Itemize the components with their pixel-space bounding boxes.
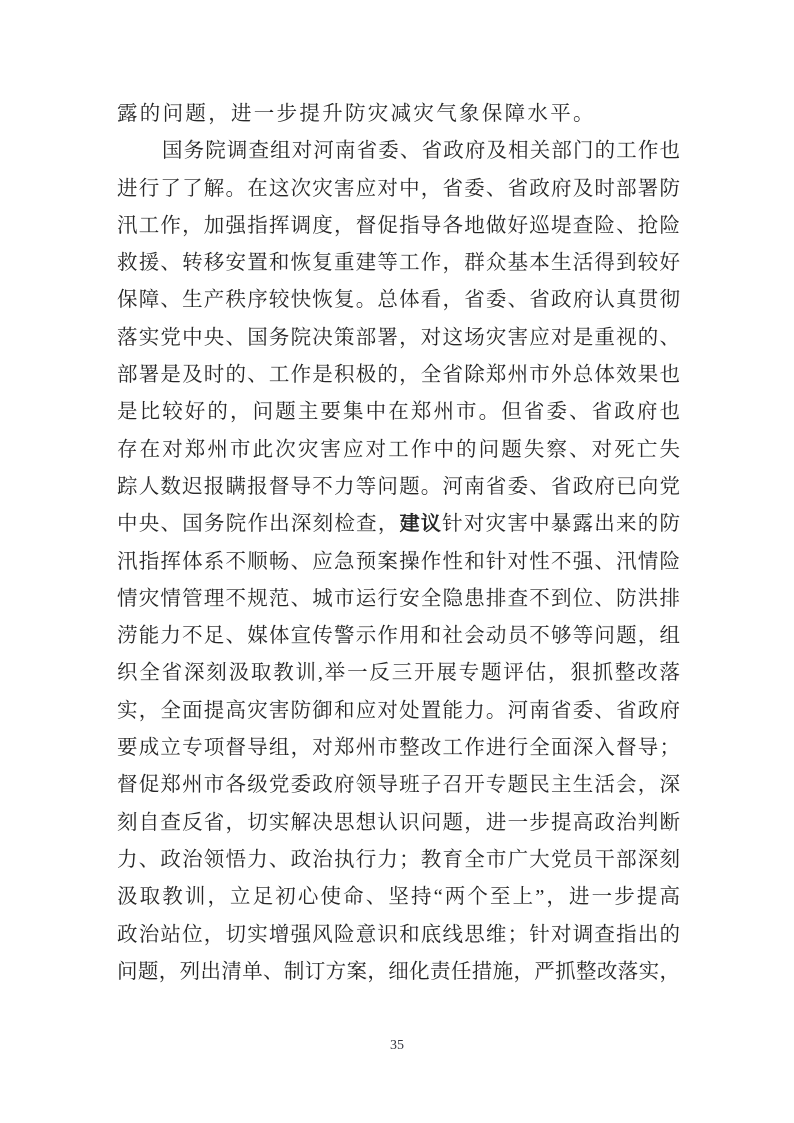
document-page: 露的问题，进一步提升防灾减灾气象保障水平。 国务院调查组对河南省委、省政府及相关…: [0, 0, 794, 1123]
text-line: 汛工作，加强指挥调度，督促指导各地做好巡堤查险、抢险: [117, 208, 680, 245]
text-line: 刻自查反省，切实解决思想认识问题，进一步提高政治判断: [117, 805, 680, 842]
text-line: 落实党中央、国务院决策部署，对这场灾害应对是重视的、: [117, 320, 680, 357]
text-line: 踪人数迟报瞒报督导不力等问题。河南省委、省政府已向党: [117, 469, 680, 506]
text-line: 保障、生产秩序较快恢复。总体看，省委、省政府认真贯彻: [117, 282, 680, 319]
text-segment: 中央、国务院作出深刻检查，: [117, 513, 400, 535]
text-segment: 针对灾害中暴露出来的防: [442, 513, 680, 535]
text-line: 汛指挥体系不顺畅、应急预案操作性和针对性不强、汛情险: [117, 544, 680, 581]
text-line-with-emphasis: 中央、国务院作出深刻检查，建议针对灾害中暴露出来的防: [117, 506, 680, 543]
document-body: 露的问题，进一步提升防灾减灾气象保障水平。 国务院调查组对河南省委、省政府及相关…: [117, 96, 680, 991]
text-line: 织全省深刻汲取教训,举一反三开展专题评估，狠抓整改落: [117, 655, 680, 692]
text-line: 政治站位，切实增强风险意识和底线思维；针对调查指出的: [117, 917, 680, 954]
text-line: 实，全面提高灾害防御和应对处置能力。河南省委、省政府: [117, 693, 680, 730]
text-line: 露的问题，进一步提升防灾减灾气象保障水平。: [117, 96, 680, 133]
text-line: 要成立专项督导组，对郑州市整改工作进行全面深入督导；: [117, 730, 680, 767]
text-line: 情灾情管理不规范、城市运行安全隐患排查不到位、防洪排: [117, 581, 680, 618]
text-line: 部署是及时的、工作是积极的，全省除郑州市外总体效果也: [117, 357, 680, 394]
text-line: 国务院调查组对河南省委、省政府及相关部门的工作也: [117, 133, 680, 170]
text-line: 救援、转移安置和恢复重建等工作，群众基本生活得到较好: [117, 245, 680, 282]
page-number: 35: [0, 1036, 794, 1056]
emphasized-term: 建议: [400, 513, 442, 535]
text-line: 存在对郑州市此次灾害应对工作中的问题失察、对死亡失: [117, 432, 680, 469]
text-line: 汲取教训，立足初心使命、坚持“两个至上”，进一步提高: [117, 879, 680, 916]
text-line: 力、政治领悟力、政治执行力；教育全市广大党员干部深刻: [117, 842, 680, 879]
text-line: 问题，列出清单、制订方案，细化责任措施，严抓整改落实，: [117, 954, 680, 991]
text-line: 进行了了解。在这次灾害应对中，省委、省政府及时部署防: [117, 171, 680, 208]
text-line: 涝能力不足、媒体宣传警示作用和社会动员不够等问题，组: [117, 618, 680, 655]
text-line: 是比较好的，问题主要集中在郑州市。但省委、省政府也: [117, 394, 680, 431]
text-line: 督促郑州市各级党委政府领导班子召开专题民主生活会，深: [117, 767, 680, 804]
